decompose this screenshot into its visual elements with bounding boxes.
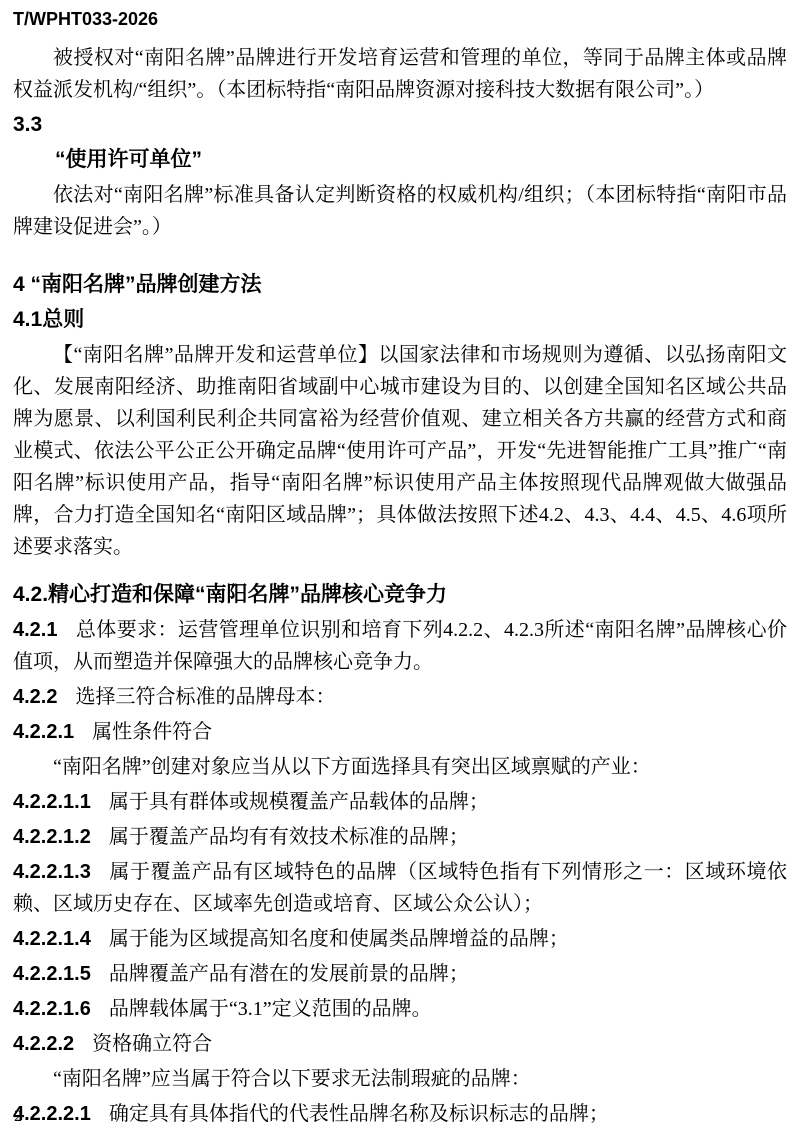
paragraph-definition-3-2: 被授权对“南阳名牌”品牌进行开发培育运营和管理的单位，等同于品牌主体或品牌权益派… (13, 42, 787, 106)
standard-number-header: T/WPHT033-2026 (13, 8, 787, 30)
clause-paragraph-4-2-2-1-3: 4.2.2.1.3属于覆盖产品有区域特色的品牌（区域特色指有下列情形之一：区域环… (13, 856, 787, 920)
clause-text: 属性条件符合 (92, 721, 212, 743)
clause-heading-3-3: 3.3 (13, 109, 787, 141)
clause-number: 4.2.2.1 (13, 721, 74, 743)
clause-number: 4.2.2.1.5 (13, 963, 91, 985)
clause-paragraph-4-2-2-1-6: 4.2.2.1.6品牌载体属于“3.1”定义范围的品牌。 (13, 993, 787, 1025)
clause-number: 4.2.2.1.4 (13, 928, 91, 950)
paragraph-4-1-general: 【“南阳名牌”品牌开发和运营单位】以国家法律和市场规则为遵循、以弘扬南阳文化、发… (13, 339, 787, 563)
clause-paragraph-4-2-1: 4.2.1总体要求：运营管理单位识别和培育下列4.2.2、4.2.3所述“南阳名… (13, 614, 787, 678)
clause-text: 品牌载体属于“3.1”定义范围的品牌。 (109, 998, 432, 1020)
clause-paragraph-4-2-2-1-1: 4.2.2.1.1属于具有群体或规模覆盖产品载体的品牌； (13, 786, 787, 818)
term-heading-license-unit: “使用许可单位” (13, 144, 787, 176)
clause-number: 4.2.2.1.2 (13, 826, 91, 848)
clause-paragraph-4-2-2-2: 4.2.2.2资格确立符合 (13, 1028, 787, 1060)
section-heading-4-2: 4.2.精心打造和保障“南阳名牌”品牌核心竞争力 (13, 579, 787, 611)
clause-number: 4.2.2.2.1 (13, 1103, 91, 1125)
clause-number: 4.2.2.1.1 (13, 791, 91, 813)
page-number: 2 (14, 1107, 22, 1127)
clause-paragraph-4-2-2-1-5: 4.2.2.1.5品牌覆盖产品有潜在的发展前景的品牌； (13, 958, 787, 990)
paragraph-definition-3-3: 依法对“南阳名牌”标准具备认定判断资格的权威机构/组织；（本团标特指“南阳市品牌… (13, 179, 787, 243)
paragraph-qualification-criteria: “南阳名牌”应当属于符合以下要求无法制瑕疵的品牌： (13, 1063, 787, 1095)
document-page: T/WPHT033-2026 被授权对“南阳名牌”品牌进行开发培育运营和管理的单… (0, 0, 800, 1131)
clause-number: 4.2.2.1.3 (13, 861, 91, 883)
clause-number: 4.2.2 (13, 686, 57, 708)
clause-text: 品牌覆盖产品有潜在的发展前景的品牌； (109, 963, 469, 985)
clause-text: 选择三符合标准的品牌母本： (75, 686, 335, 708)
chapter-heading-4: 4 “南阳名牌”品牌创建方法 (13, 269, 787, 301)
section-heading-4-1: 4.1总则 (13, 304, 787, 336)
clause-text: 属于覆盖产品均有有效技术标准的品牌； (109, 826, 469, 848)
clause-paragraph-4-2-2-1-4: 4.2.2.1.4属于能为区域提高知名度和使属类品牌增益的品牌； (13, 923, 787, 955)
clause-paragraph-4-2-2-2-1: 4.2.2.2.1确定具有具体指代的代表性品牌名称及标识标志的品牌； (13, 1098, 787, 1130)
clause-number: 4.2.1 (13, 619, 57, 641)
clause-number: 4.2.2.2 (13, 1033, 74, 1055)
clause-text: 属于能为区域提高知名度和使属类品牌增益的品牌； (109, 928, 569, 950)
clause-text: 总体要求：运营管理单位识别和培育下列4.2.2、4.2.3所述“南阳名牌”品牌核… (13, 619, 787, 673)
clause-text: 属于覆盖产品有区域特色的品牌（区域特色指有下列情形之一：区域环境依赖、区域历史存… (13, 861, 787, 915)
clause-paragraph-4-2-2-1: 4.2.2.1属性条件符合 (13, 716, 787, 748)
clause-text: 资格确立符合 (92, 1033, 212, 1055)
clause-text: 属于具有群体或规模覆盖产品载体的品牌； (109, 791, 489, 813)
paragraph-selection-criteria: “南阳名牌”创建对象应当从以下方面选择具有突出区域禀赋的产业： (13, 751, 787, 783)
clause-paragraph-4-2-2-1-2: 4.2.2.1.2属于覆盖产品均有有效技术标准的品牌； (13, 821, 787, 853)
clause-paragraph-4-2-2: 4.2.2选择三符合标准的品牌母本： (13, 681, 787, 713)
clause-number: 4.2.2.1.6 (13, 998, 91, 1020)
clause-text: 确定具有具体指代的代表性品牌名称及标识标志的品牌； (109, 1103, 609, 1125)
